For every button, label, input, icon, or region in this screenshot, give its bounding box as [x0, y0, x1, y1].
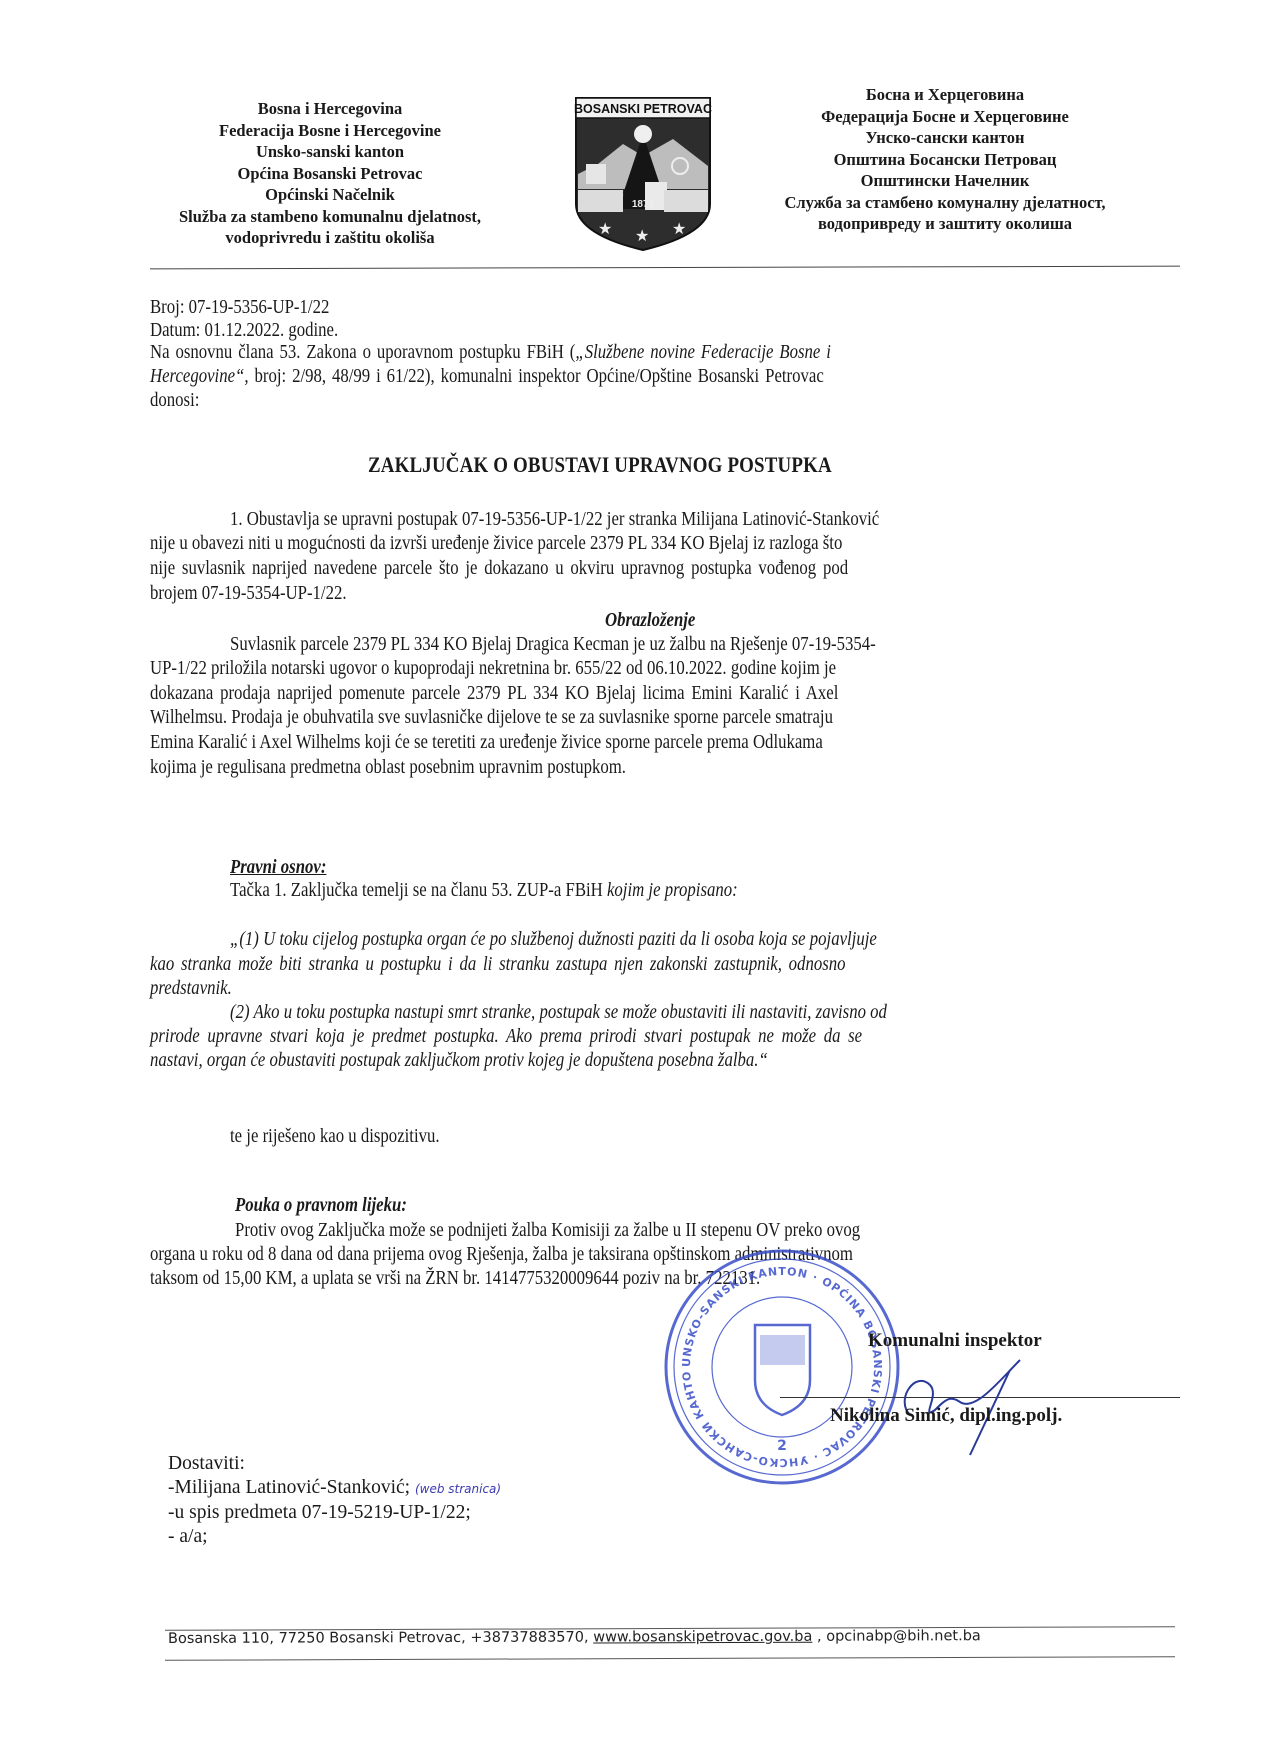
- delivery-item: -u spis predmeta 07-19-5219-UP-1/22;: [168, 1501, 501, 1525]
- handwritten-signature-icon: [880, 1340, 1040, 1460]
- footer-contact: Bosanska 110, 77250 Bosanski Petrovac, +…: [168, 1628, 981, 1647]
- header-cyrillic: Босна и Херцеговина Федерација Босне и Х…: [745, 84, 1145, 235]
- svg-text:BOSANSKI PETROVAC: BOSANSKI PETROVAC: [574, 102, 712, 116]
- header-line: Općina Bosanski Petrovac: [160, 163, 500, 185]
- document-number: Broj: 07-19-5356-UP-1/22: [150, 296, 329, 319]
- svg-text:★: ★: [672, 219, 686, 238]
- header-latin: Bosna i Hercegovina Federacija Bosne i H…: [160, 98, 500, 249]
- reasoning-line: Wilhelmsu. Prodaja je obuhvatila sve suv…: [150, 706, 833, 729]
- handwritten-note: (web stranica): [415, 1482, 501, 1496]
- svg-text:★: ★: [598, 219, 612, 238]
- header-line: Служба за стамбено комуналну дјелатност,: [745, 192, 1145, 214]
- quote-line: nastavi, organ će obustaviti postupak za…: [150, 1049, 768, 1072]
- header-line: Unsko-sanski kanton: [160, 141, 500, 163]
- document-date: Datum: 01.12.2022. godine.: [150, 319, 338, 342]
- preamble-line: Na osnovnu člana 53. Zakona o uporavnom …: [150, 341, 1169, 364]
- document-page: Bosna i Hercegovina Federacija Bosne i H…: [0, 0, 1275, 1755]
- official-stamp-icon: UNSKO-SANSKI KANTON · OPĆINA BOSANSKI PE…: [660, 1245, 905, 1490]
- reasoning-line: dokazana prodaja naprijed pomenute parce…: [150, 682, 838, 705]
- header-line: Општина Босански Петровац: [745, 149, 1145, 171]
- delivery-item: - a/a;: [168, 1525, 501, 1549]
- remedy-line: Protiv ovog Zaključka može se podnijeti …: [235, 1219, 860, 1242]
- reasoning-line: UP-1/22 priložila notarski ugovor o kupo…: [150, 657, 836, 680]
- dispositive-line: brojem 07-19-5354-UP-1/22.: [150, 582, 347, 605]
- header-line: Унско-сански кантон: [745, 127, 1145, 149]
- footer-website-link[interactable]: www.bosanskipetrovac.gov.ba: [593, 1629, 812, 1646]
- quote-line: „(1) U toku cijelog postupka organ će po…: [230, 928, 877, 951]
- header-line: Bosna i Hercegovina: [160, 98, 500, 120]
- remedy-heading: Pouka o pravnom lijeku:: [235, 1195, 407, 1217]
- footer-divider-bottom: [165, 1656, 1175, 1661]
- preamble-line: Hercegovine“, broj: 2/98, 48/99 i 61/22)…: [150, 365, 1169, 388]
- header-line: vodoprivredu i zaštitu okoliša: [160, 227, 500, 249]
- header-line: Općinski Načelnik: [160, 184, 500, 206]
- coat-of-arms-icon: BOSANSKI PETROVAC 1878 ★ ★ ★: [568, 94, 718, 254]
- inspector-name: Nikolina Simić, dipl.ing.polj.: [830, 1405, 1062, 1427]
- header-line: водопривреду и заштиту околиша: [745, 213, 1145, 235]
- svg-text:★: ★: [635, 226, 649, 245]
- reasoning-line: Suvlasnik parcele 2379 PL 334 KO Bjelaj …: [230, 633, 876, 656]
- quote-line: predstavnik.: [150, 977, 232, 1000]
- header-line: Босна и Херцеговина: [745, 84, 1145, 106]
- svg-text:2: 2: [777, 1438, 787, 1454]
- delivery-heading: Dostaviti:: [168, 1452, 501, 1476]
- header-line: Федерација Босне и Херцеговине: [745, 106, 1145, 128]
- dispositive-line: nije suvlasnik naprijed navedene parcele…: [150, 557, 848, 580]
- reasoning-line: kojima je regulisana predmetna oblast po…: [150, 756, 626, 779]
- header-line: Federacija Bosne i Hercegovine: [160, 120, 500, 142]
- header-divider: [150, 266, 1180, 270]
- legal-basis-conclusion: te je riješeno kao u dispozitivu.: [230, 1125, 440, 1148]
- quote-line: prirode upravne stvari koja je predmet p…: [150, 1025, 862, 1048]
- document-title: ZAKLJUČAK O OBUSTAVI UPRAVNOG POSTUPKA: [368, 452, 832, 478]
- delivery-item: -Milijana Latinović-Stanković; (web stra…: [168, 1476, 501, 1502]
- dispositive-line: 1. Obustavlja se upravni postupak 07-19-…: [230, 508, 879, 531]
- legal-basis-intro: Tačka 1. Zaključka temelji se na članu 5…: [230, 879, 738, 902]
- footer-email[interactable]: opcinabp@bih.net.ba: [826, 1628, 981, 1645]
- legal-basis-heading: Pravni osnov:: [230, 857, 326, 879]
- header-line: Služba za stambeno komunalnu djelatnost,: [160, 206, 500, 228]
- delivery-list: Dostaviti: -Milijana Latinović-Stanković…: [168, 1452, 501, 1548]
- svg-text:1878: 1878: [632, 199, 655, 210]
- reasoning-line: Emina Karalić i Axel Wilhelms koji će se…: [150, 731, 823, 754]
- header-line: Општински Начелник: [745, 170, 1145, 192]
- quote-line: (2) Ako u toku postupka nastupi smrt str…: [230, 1001, 887, 1024]
- preamble-line: donosi:: [150, 389, 199, 412]
- dispositive-line: nije u obavezi niti u mogućnosti da izvr…: [150, 532, 842, 555]
- reasoning-heading: Obrazloženje: [605, 610, 695, 632]
- footer-address: Bosanska 110, 77250 Bosanski Petrovac, +…: [168, 1630, 593, 1647]
- quote-line: kao stranka može biti stranka u postupku…: [150, 953, 846, 976]
